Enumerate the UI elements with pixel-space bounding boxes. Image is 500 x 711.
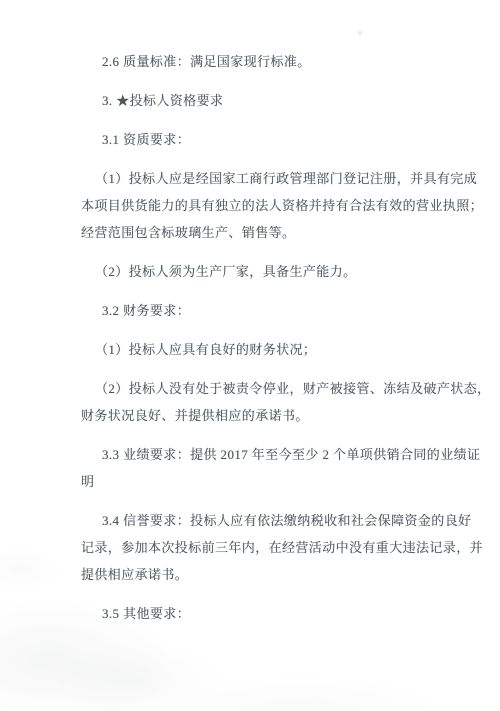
- text-line: 明: [81, 468, 472, 495]
- text-line: 2.6 质量标准：满足国家现行标准。: [81, 48, 472, 75]
- text-line: 3.1 资质要求：: [81, 126, 472, 153]
- text-line: 3.2 财务要求：: [81, 297, 472, 324]
- heading-financial-requirements: 3.2 财务要求：: [81, 297, 472, 324]
- clause-reputation-requirements: 3.4 信誉要求：投标人应有依法缴纳税收和社会保障资金的良好 记录，参加本次投标…: [81, 507, 472, 588]
- clause-performance-requirements: 3.3 业绩要求：提供 2017 年至今至少 2 个单项供销合同的业绩证 明: [81, 441, 472, 495]
- text-line: 经营范围包含标玻璃生产、销售等。: [81, 219, 472, 246]
- text-line: 提供相应承诺书。: [81, 561, 472, 588]
- clause-qualification-item-2: （2）投标人须为生产厂家，具备生产能力。: [81, 258, 472, 285]
- text-line: 3.4 信誉要求：投标人应有依法缴纳税收和社会保障资金的良好: [81, 507, 472, 534]
- heading-other-requirements: 3.5 其他要求：: [81, 600, 472, 627]
- text-line: 财务状况良好、并提供相应的承诺书。: [81, 402, 472, 429]
- text-line: 记录，参加本次投标前三年内，在经营活动中没有重大违法记录，并: [81, 534, 472, 561]
- document-page: 2.6 质量标准：满足国家现行标准。 3. ★投标人资格要求 3.1 资质要求：…: [0, 0, 500, 711]
- text-line: 本项目供货能力的具有独立的法人资格并持有合法有效的营业执照；: [81, 192, 472, 219]
- heading-bidder-qualification: 3. ★投标人资格要求: [81, 87, 472, 114]
- text-line: （2）投标人没有处于被责令停业，财产被接管、冻结及破产状态，: [81, 375, 472, 402]
- text-line: 3. ★投标人资格要求: [81, 87, 472, 114]
- heading-qualification-requirements: 3.1 资质要求：: [81, 126, 472, 153]
- clause-financial-item-1: （1）投标人应具有良好的财务状况；: [81, 336, 472, 363]
- clause-financial-item-2: （2）投标人没有处于被责令停业，财产被接管、冻结及破产状态， 财务状况良好、并提…: [81, 375, 472, 429]
- text-line: 3.3 业绩要求：提供 2017 年至今至少 2 个单项供销合同的业绩证: [81, 441, 472, 468]
- text-line: （1）投标人应具有良好的财务状况；: [81, 336, 472, 363]
- text-line: 3.5 其他要求：: [81, 600, 472, 627]
- document-content: 2.6 质量标准：满足国家现行标准。 3. ★投标人资格要求 3.1 资质要求：…: [0, 0, 500, 627]
- clause-qualification-item-1: （1）投标人应是经国家工商行政管理部门登记注册，并具有完成 本项目供货能力的具有…: [81, 165, 472, 246]
- clause-quality-standard: 2.6 质量标准：满足国家现行标准。: [81, 48, 472, 75]
- text-line: （2）投标人须为生产厂家，具备生产能力。: [81, 258, 472, 285]
- text-line: （1）投标人应是经国家工商行政管理部门登记注册，并具有完成: [81, 165, 472, 192]
